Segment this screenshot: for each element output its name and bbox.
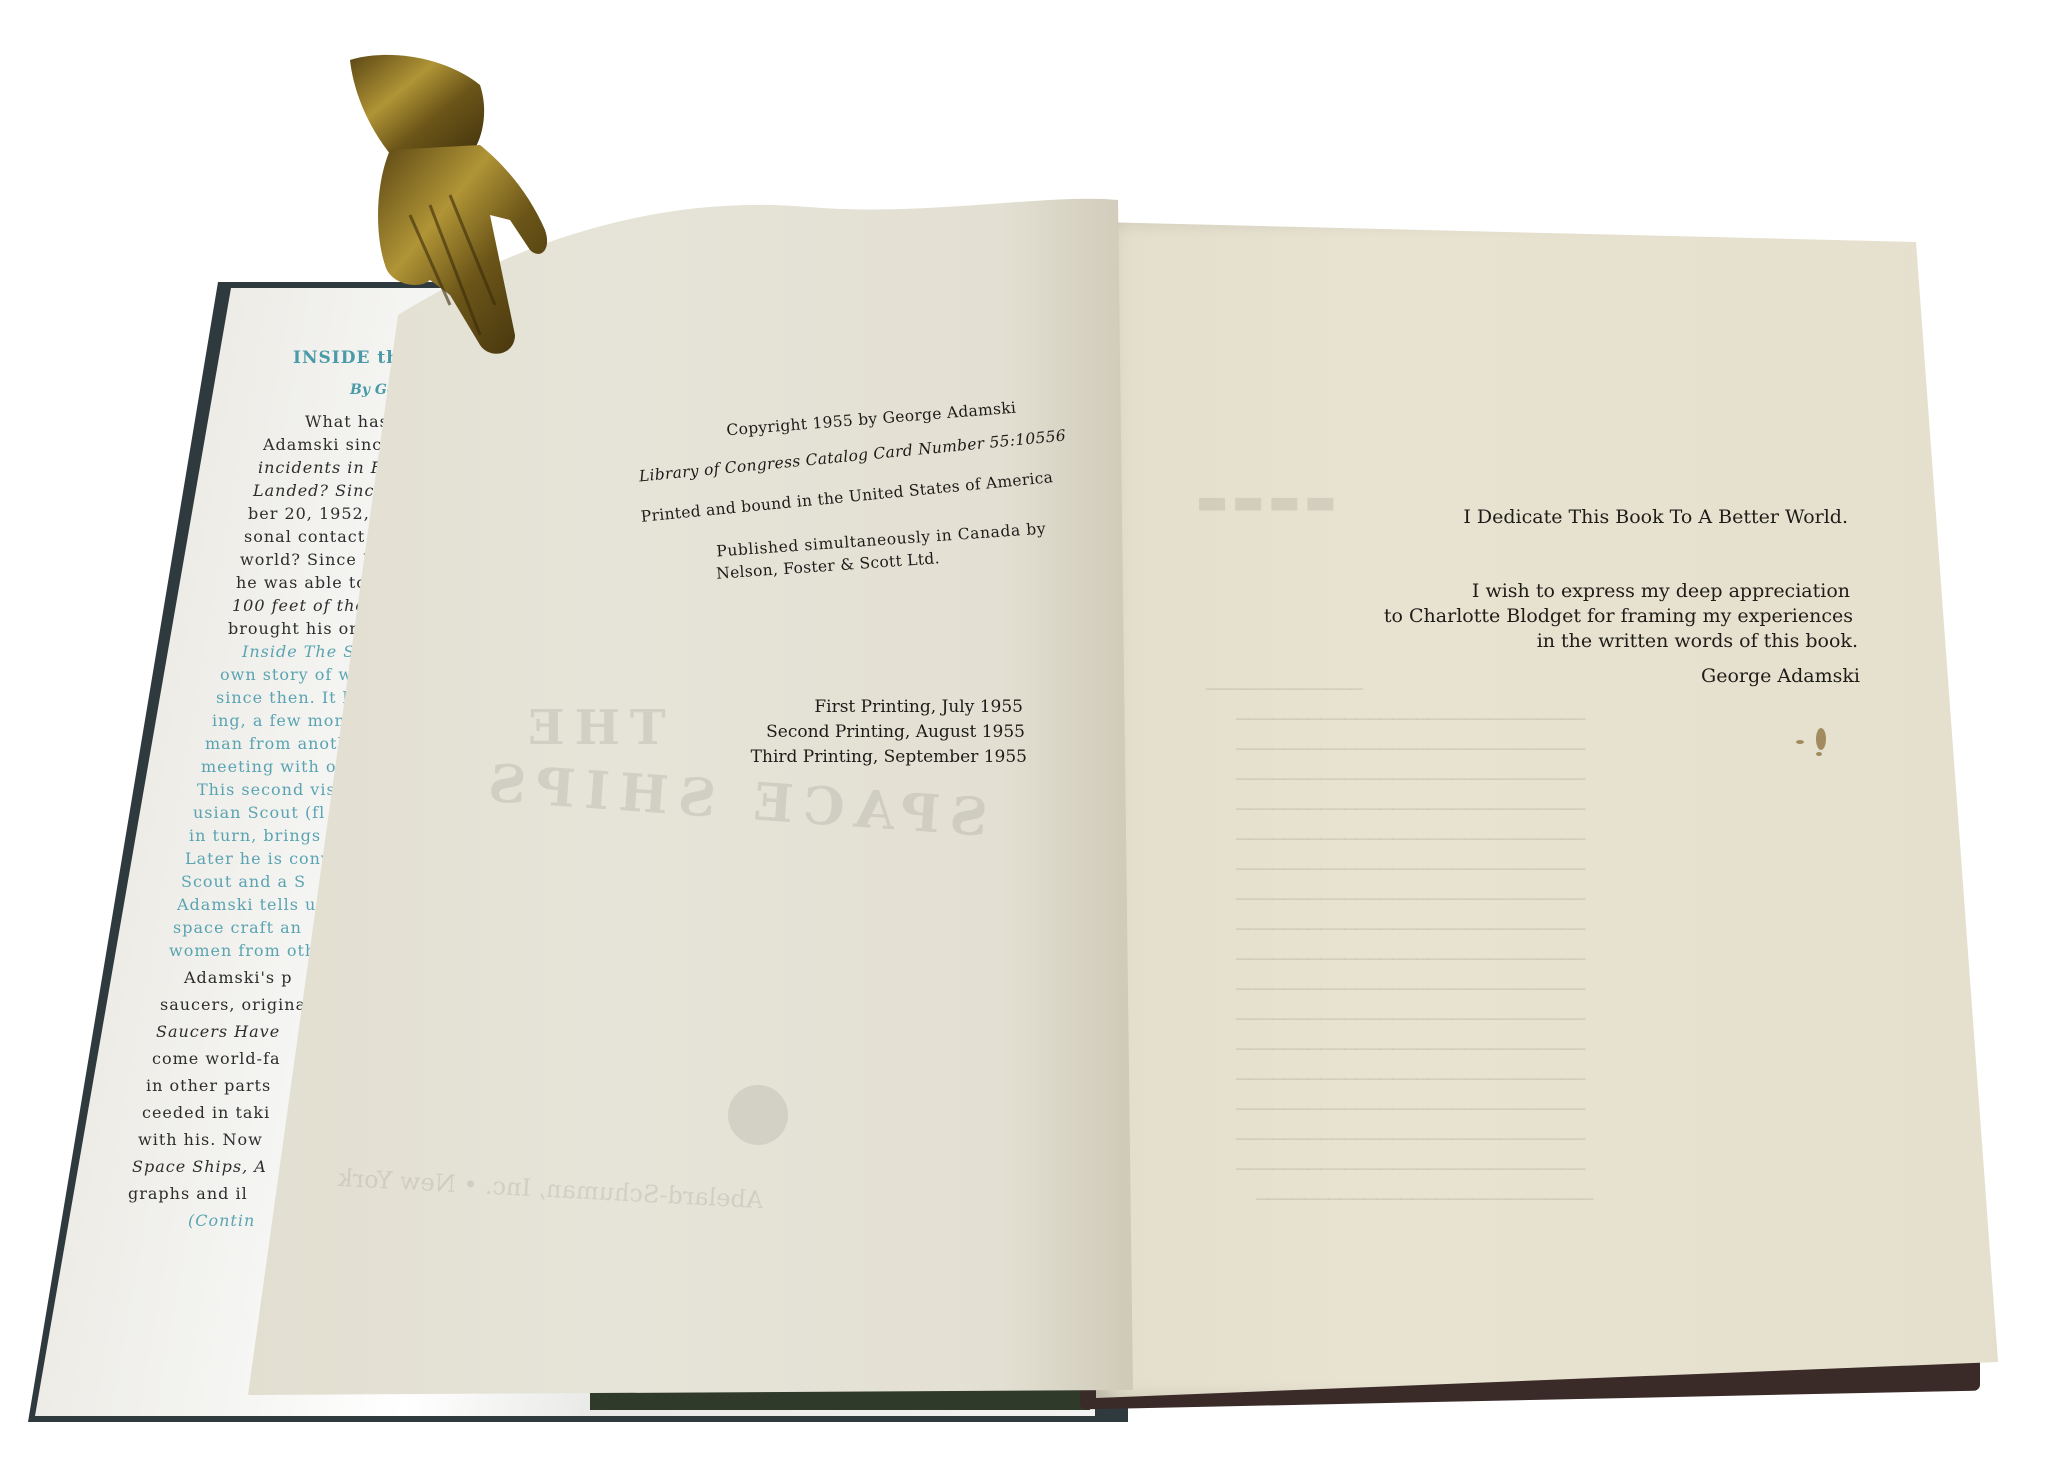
copyright-line: Copyright 1955 by George Adamski	[726, 399, 1017, 440]
brass-hand-icon	[330, 45, 570, 365]
foxing-stain	[1796, 740, 1804, 744]
show-through-heading: ▬▬▬▬	[1196, 482, 1341, 522]
right-page: ▬▬▬▬ ───────────── ─────────────────────…	[1096, 222, 1998, 1398]
flap-line: Adamski tells u	[177, 895, 316, 914]
flap-line: Space Ships, A	[132, 1157, 267, 1176]
acknowledgment-line: in the written words of this book.	[1537, 630, 1858, 652]
foxing-stain	[1816, 752, 1822, 756]
flap-line: This second visit	[197, 780, 349, 799]
flap-line: meeting with or	[201, 757, 345, 776]
flap-line: in other parts	[146, 1076, 271, 1095]
flap-line: Adamski's p	[184, 968, 292, 987]
flap-line: graphs and il	[128, 1184, 248, 1203]
acknowledgment-line: to Charlotte Blodget for framing my expe…	[1384, 605, 1853, 627]
printing-line: Third Printing, September 1955	[751, 747, 1027, 767]
show-through-title-line1: THE	[518, 700, 666, 756]
signature: George Adamski	[1701, 665, 1860, 687]
foxing-stain	[1816, 728, 1826, 750]
flap-line: in turn, brings	[189, 826, 321, 845]
flap-line: (Contin	[188, 1211, 255, 1230]
dedication: I Dedicate This Book To A Better World.	[1463, 506, 1848, 528]
flap-line: women from oth	[169, 941, 316, 960]
flap-line: saucers, origina	[160, 995, 306, 1014]
acknowledgment-line: I wish to express my deep appreciation	[1472, 580, 1850, 602]
flap-line: usian Scout (fl	[193, 803, 325, 822]
flap-line: space craft an	[173, 918, 302, 937]
printing-line: Second Printing, August 1955	[766, 722, 1025, 742]
flap-line: Scout and a S	[181, 872, 306, 891]
flap-line: ceeded in taki	[142, 1103, 270, 1122]
flap-line: man from anoth	[205, 734, 349, 753]
printing-line: First Printing, July 1955	[814, 697, 1023, 717]
flap-line: come world-fa	[152, 1049, 281, 1068]
flap-line: Saucers Have	[156, 1022, 280, 1041]
show-through-publisher: Abelard-Schuman, Inc. • New York	[338, 1164, 764, 1214]
flap-line: Later he is conv	[185, 849, 331, 868]
flap-line: with his. Now	[138, 1130, 263, 1149]
publisher-logo-icon	[728, 1085, 788, 1145]
